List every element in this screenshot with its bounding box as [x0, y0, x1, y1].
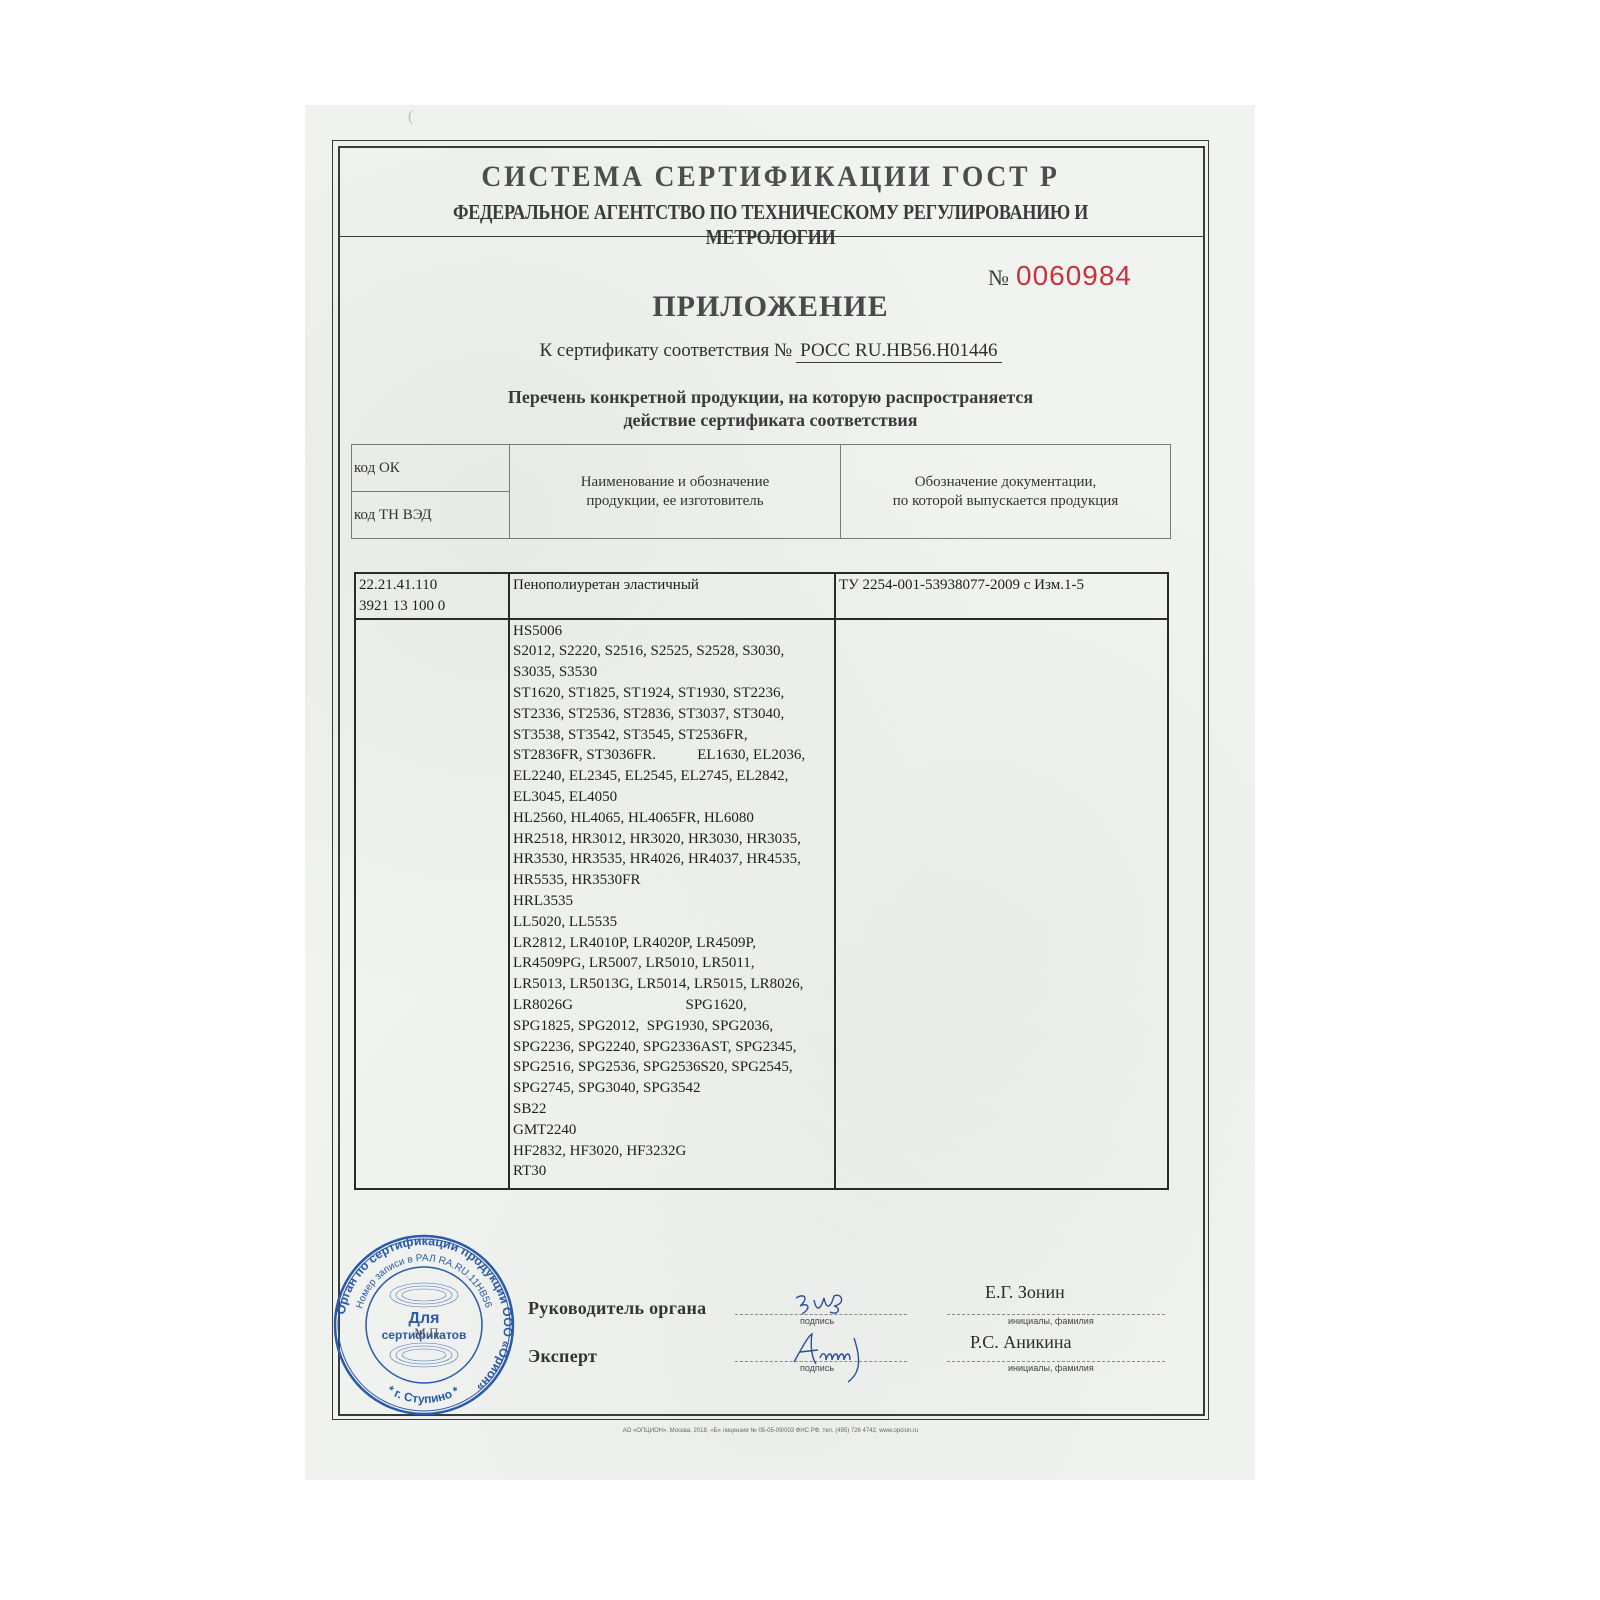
stamp-overprint: М.П.	[414, 1325, 441, 1340]
head-of-body-label: Руководитель органа	[528, 1298, 706, 1319]
expert-name: Р.С. Аникина	[970, 1332, 1072, 1353]
model-line: ST2336, ST2536, ST2836, ST3037, ST3040,	[513, 704, 831, 725]
model-line: RT30	[513, 1161, 831, 1182]
number-sign: №	[988, 265, 1010, 290]
model-line: GMT2240	[513, 1120, 831, 1141]
model-line: SPG2516, SPG2536, SPG2536S20, SPG2545,	[513, 1057, 831, 1078]
header-product-name-line-2: продукции, ее изготовитель	[510, 492, 840, 511]
model-line: LR5013, LR5013G, LR5014, LR5015, LR8026,	[513, 974, 831, 995]
header-documentation: Обозначение документации, по которой вып…	[841, 445, 1171, 539]
model-line: S3035, S3530	[513, 662, 831, 683]
table-row: 22.21.41.110 3921 13 100 0 Пенополиурета…	[355, 573, 1168, 619]
list-title-line-2: действие сертификата соответствия	[338, 409, 1203, 432]
model-line: LR8026G SPG1620,	[513, 995, 831, 1016]
expert-signature	[788, 1328, 888, 1386]
header-product-name: Наименование и обозначение продукции, ее…	[510, 445, 841, 539]
code-ok-value: 22.21.41.110	[359, 575, 505, 596]
model-line: HS5006	[513, 621, 831, 642]
stamp-bottom-text: * г. Ступино *	[385, 1383, 462, 1406]
header-documentation-line-1: Обозначение документации,	[841, 473, 1170, 492]
head-name: Е.Г. Зонин	[985, 1282, 1065, 1303]
header-product-name-line-1: Наименование и обозначение	[510, 473, 840, 492]
form-number: №0060984	[988, 260, 1132, 292]
codes-cell: 22.21.41.110 3921 13 100 0	[355, 573, 509, 619]
printer-imprint: АО «ОПЦИОН», Москва, 2018, «Б» лицензия …	[338, 1428, 1203, 1434]
scan-artifact: (	[408, 108, 413, 126]
head-name-caption: инициалы, фамилия	[1008, 1316, 1094, 1326]
expert-name-line	[947, 1361, 1165, 1362]
header-divider	[338, 236, 1203, 237]
table-row: HS5006S2012, S2220, S2516, S2525, S2528,…	[355, 619, 1168, 1189]
code-tn-ved-value: 3921 13 100 0	[359, 596, 505, 617]
header-documentation-line-2: по которой выпускается продукция	[841, 492, 1170, 511]
model-line: S2012, S2220, S2516, S2525, S2528, S3030…	[513, 641, 831, 662]
model-line: HR2518, HR3012, HR3020, HR3030, HR3035,	[513, 829, 831, 850]
header-code-tn-ved: код ТН ВЭД	[352, 492, 510, 539]
model-line: ST2836FR, ST3036FR. EL1630, EL2036,	[513, 745, 831, 766]
head-signature	[790, 1290, 860, 1330]
model-line: HF2832, HF3020, HF3232G	[513, 1141, 831, 1162]
certificate-reference-label: К сертификату соответствия №	[539, 340, 792, 361]
product-name-cell: Пенополиуретан эластичный	[509, 573, 835, 619]
certificate-reference-value: РОСС RU.НВ56.Н01446	[796, 340, 1001, 363]
model-line: HL2560, HL4065, HL4065FR, HL6080	[513, 808, 831, 829]
list-title-line-1: Перечень конкретной продукции, на котору…	[338, 386, 1203, 409]
models-list: HS5006S2012, S2220, S2516, S2525, S2528,…	[513, 621, 831, 1183]
model-line: HRL3535	[513, 891, 831, 912]
model-line: LL5020, LL5535	[513, 912, 831, 933]
model-line: ST3538, ST3542, ST3545, ST2536FR,	[513, 725, 831, 746]
documentation-cell: ТУ 2254-001-53938077-2009 с Изм.1-5	[835, 573, 1168, 619]
products-table: 22.21.41.110 3921 13 100 0 Пенополиурета…	[354, 572, 1169, 1190]
form-number-value: 0060984	[1016, 260, 1132, 291]
certificate-reference: К сертификату соответствия №РОСС RU.НВ56…	[338, 340, 1203, 363]
model-line: SPG2745, SPG3040, SPG3542	[513, 1078, 831, 1099]
header-code-ok: код ОК	[352, 445, 510, 492]
model-line: EL2240, EL2345, EL2545, EL2745, EL2842,	[513, 766, 831, 787]
expert-label: Эксперт	[528, 1346, 597, 1367]
model-line: SB22	[513, 1099, 831, 1120]
models-cell: HS5006S2012, S2220, S2516, S2525, S2528,…	[509, 619, 835, 1189]
model-line: SPG1825, SPG2012, SPG1930, SPG2036,	[513, 1016, 831, 1037]
table-header: код ОК Наименование и обозначение продук…	[351, 444, 1171, 539]
system-title: СИСТЕМА СЕРТИФИКАЦИИ ГОСТ Р	[373, 160, 1169, 194]
list-title: Перечень конкретной продукции, на котору…	[338, 386, 1203, 432]
certification-stamp: Орган по сертификации продукции ООО «Ори…	[332, 1233, 516, 1417]
model-line: LR2812, LR4010P, LR4020P, LR4509P,	[513, 933, 831, 954]
empty-documentation-cell	[835, 619, 1168, 1189]
model-line: LR4509PG, LR5007, LR5010, LR5011,	[513, 953, 831, 974]
model-line: EL3045, EL4050	[513, 787, 831, 808]
model-line: SPG2236, SPG2240, SPG2336AST, SPG2345,	[513, 1037, 831, 1058]
head-name-line	[947, 1314, 1165, 1315]
agency-title: ФЕДЕРАЛЬНОЕ АГЕНТСТВО ПО ТЕХНИЧЕСКОМУ РЕ…	[399, 200, 1143, 250]
empty-codes-cell	[355, 619, 509, 1189]
model-line: ST1620, ST1825, ST1924, ST1930, ST2236,	[513, 683, 831, 704]
expert-name-caption: инициалы, фамилия	[1008, 1363, 1094, 1373]
model-line: HR5535, HR3530FR	[513, 870, 831, 891]
model-line: HR3530, HR3535, HR4026, HR4037, HR4535,	[513, 849, 831, 870]
appendix-title: ПРИЛОЖЕНИЕ	[338, 290, 1203, 324]
